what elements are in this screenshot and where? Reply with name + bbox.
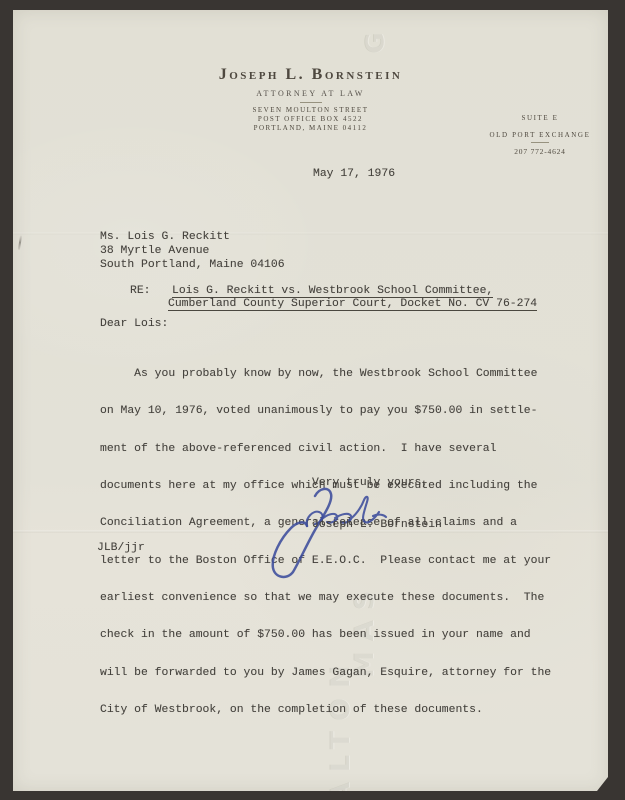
letterhead-street: SEVEN MOULTON STREET (13, 106, 608, 114)
body-line: on May 10, 1976, voted unanimously to pa… (100, 405, 551, 417)
signature-scrawl-icon (265, 482, 395, 582)
subject-line-1: Lois G. Reckitt vs. Westbrook School Com… (172, 285, 493, 297)
letter-date: May 17, 1976 (313, 168, 395, 180)
letterhead-phone: 207 772-4624 (460, 147, 620, 156)
stray-ink-mark (18, 235, 22, 250)
recipient-city: South Portland, Maine 04106 (100, 259, 285, 271)
subject-line-2: Cumberland County Superior Court, Docket… (168, 298, 537, 310)
handwritten-signature (265, 482, 395, 582)
letterhead-contact-divider (460, 142, 620, 143)
body-line: ment of the above-referenced civil actio… (100, 443, 551, 455)
letterhead-title: ATTORNEY AT LAW (13, 89, 608, 98)
recipient-name: Ms. Lois G. Reckitt (100, 231, 230, 243)
body-line: City of Westbrook, on the completion of … (100, 704, 551, 716)
body-line: check in the amount of $750.00 has been … (100, 629, 551, 641)
signature-typed-name: Joseph L. Bornstein (312, 519, 442, 531)
reference-initials: JLB/jjr (97, 542, 145, 554)
letterhead-divider (13, 102, 608, 103)
letterhead-suite: SUITE E (460, 114, 620, 122)
recipient-street: 38 Myrtle Avenue (100, 245, 209, 257)
watermark-letter-g: G (361, 32, 391, 53)
letter-page: G MAS ALTON Joseph L. Bornstein ATTORNEY… (13, 10, 608, 791)
letterhead-name: Joseph L. Bornstein (13, 66, 608, 84)
salutation: Dear Lois: (100, 318, 168, 330)
body-line: will be forwarded to you by James Gagan,… (100, 667, 551, 679)
body-line: As you probably know by now, the Westbro… (100, 368, 551, 380)
recipient-address: Ms. Lois G. Reckitt 38 Myrtle Avenue Sou… (100, 231, 285, 272)
letterhead-building: OLD PORT EXCHANGE (460, 131, 620, 139)
subject-label: RE: (130, 285, 151, 297)
body-line: earliest convenience so that we may exec… (100, 592, 551, 604)
